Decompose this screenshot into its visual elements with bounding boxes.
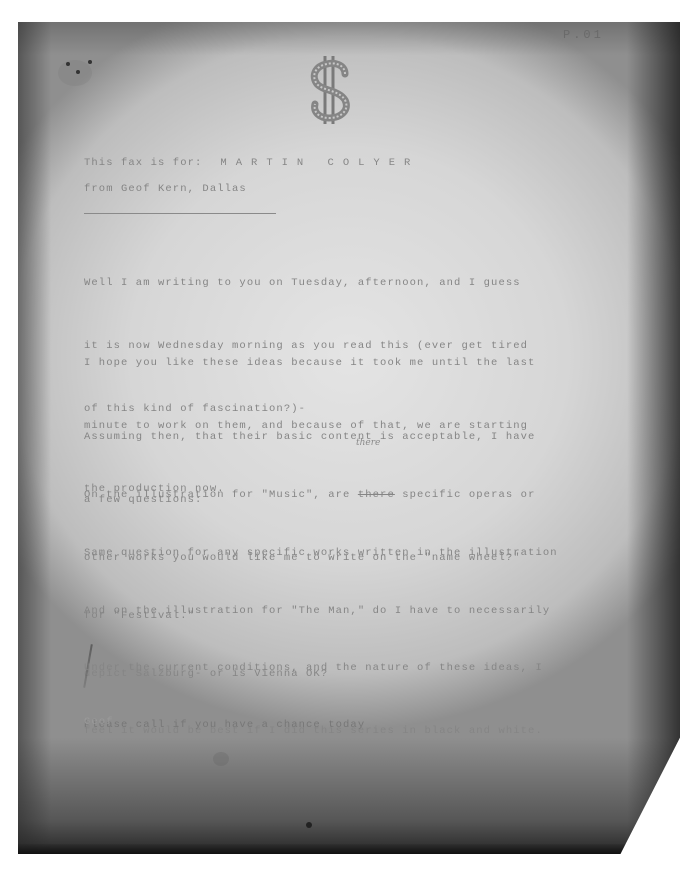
text-line: I hope you like these ideas because it t… bbox=[84, 353, 535, 374]
fax-recipient-line: This fax is for:MARTIN COLYER bbox=[84, 153, 419, 174]
stain-mark bbox=[306, 822, 312, 828]
struck-word: there bbox=[358, 489, 395, 501]
stain-mark bbox=[66, 62, 70, 66]
text-fragment: specific operas or bbox=[395, 489, 536, 501]
signature: Geof bbox=[84, 712, 114, 733]
text-line: Please call if you have a chance today bbox=[84, 715, 365, 736]
dollar-sign-icon bbox=[305, 54, 355, 126]
paragraph-call-request: Please call if you have a chance today bbox=[84, 673, 365, 778]
page-number: P.01 bbox=[563, 28, 604, 42]
recipient-name: MARTIN COLYER bbox=[220, 157, 419, 169]
text-line: Well I am writing to you on Tuesday, aft… bbox=[84, 273, 528, 294]
stain-mark bbox=[88, 60, 92, 64]
stain-mark bbox=[58, 60, 92, 86]
header-divider bbox=[84, 213, 276, 214]
text-fragment: On the illustration for "Music", are bbox=[84, 489, 358, 501]
fax-page: P.01 This fax is for:MARTIN COLYER from … bbox=[18, 22, 680, 854]
stain-mark bbox=[76, 70, 80, 74]
fax-sender-line: from Geof Kern, Dallas bbox=[84, 179, 247, 200]
to-label: This fax is for: bbox=[84, 157, 202, 169]
